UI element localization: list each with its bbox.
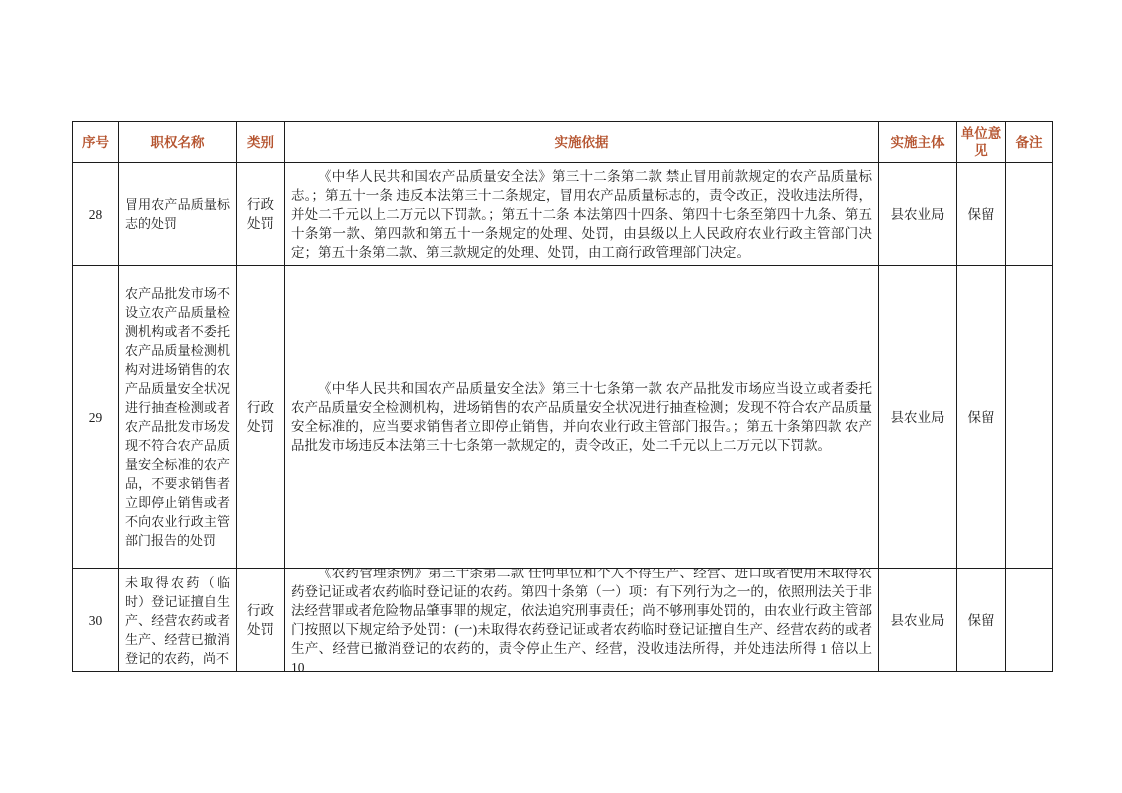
opinion-cell: 保留 <box>957 266 1006 569</box>
remark-cell <box>1006 163 1053 266</box>
name-cell: 冒用农产品质量标志的处罚 <box>119 163 237 266</box>
opinion-cell: 保留 <box>957 569 1006 672</box>
basis-text: 《中华人民共和国农产品质量安全法》第三十七条第一款 农产品批发市场应当设立或者委… <box>291 379 872 455</box>
seq-cell: 29 <box>73 266 119 569</box>
authority-table: 序号 职权名称 类别 实施依据 实施主体 单位意见 备注 28 冒用农产品质量标… <box>72 121 1053 672</box>
category-text: 行政处罚 <box>243 195 278 233</box>
name-text: 冒用农产品质量标志的处罚 <box>125 195 230 233</box>
category-cell: 行政处罚 <box>237 266 285 569</box>
remark-cell <box>1006 266 1053 569</box>
remark-cell <box>1006 569 1053 672</box>
basis-text: 《中华人民共和国农产品质量安全法》第三十二条第二款 禁止冒用前款规定的农产品质量… <box>291 167 872 262</box>
header-cell-seq: 序号 <box>73 122 119 163</box>
header-cell-remark: 备注 <box>1006 122 1053 163</box>
name-text: 农产品批发市场不设立农产品质量检测机构或者不委托农产品质量检测机构对进场销售的农… <box>125 284 230 550</box>
subject-cell: 县农业局 <box>879 266 957 569</box>
header-cell-name: 职权名称 <box>119 122 237 163</box>
basis-cell: 《中华人民共和国农产品质量安全法》第三十二条第二款 禁止冒用前款规定的农产品质量… <box>285 163 879 266</box>
header-cell-subject: 实施主体 <box>879 122 957 163</box>
category-cell: 行政处罚 <box>237 569 285 672</box>
header-cell-category: 类别 <box>237 122 285 163</box>
subject-cell: 县农业局 <box>879 569 957 672</box>
document-page: 序号 职权名称 类别 实施依据 实施主体 单位意见 备注 28 冒用农产品质量标… <box>0 0 1122 793</box>
basis-text: 《农药管理条例》第三十条第二款 任何单位和个人不得生产、经营、进口或者使用未取得… <box>291 569 872 672</box>
seq-cell: 28 <box>73 163 119 266</box>
basis-cell: 《农药管理条例》第三十条第二款 任何单位和个人不得生产、经营、进口或者使用未取得… <box>285 569 879 672</box>
category-text: 行政处罚 <box>243 601 278 639</box>
category-cell: 行政处罚 <box>237 163 285 266</box>
basis-cell: 《中华人民共和国农产品质量安全法》第三十七条第一款 农产品批发市场应当设立或者委… <box>285 266 879 569</box>
name-text: 未取得农药（临时）登记证擅自生产、经营农药或者生产、经营已撤消登记的农药，尚不 <box>125 573 230 668</box>
category-text: 行政处罚 <box>243 398 278 436</box>
opinion-cell: 保留 <box>957 163 1006 266</box>
header-cell-basis: 实施依据 <box>285 122 879 163</box>
name-cell: 农产品批发市场不设立农产品质量检测机构或者不委托农产品质量检测机构对进场销售的农… <box>119 266 237 569</box>
seq-cell: 30 <box>73 569 119 672</box>
subject-cell: 县农业局 <box>879 163 957 266</box>
name-cell: 未取得农药（临时）登记证擅自生产、经营农药或者生产、经营已撤消登记的农药，尚不 <box>119 569 237 672</box>
header-cell-opinion: 单位意见 <box>957 122 1006 163</box>
